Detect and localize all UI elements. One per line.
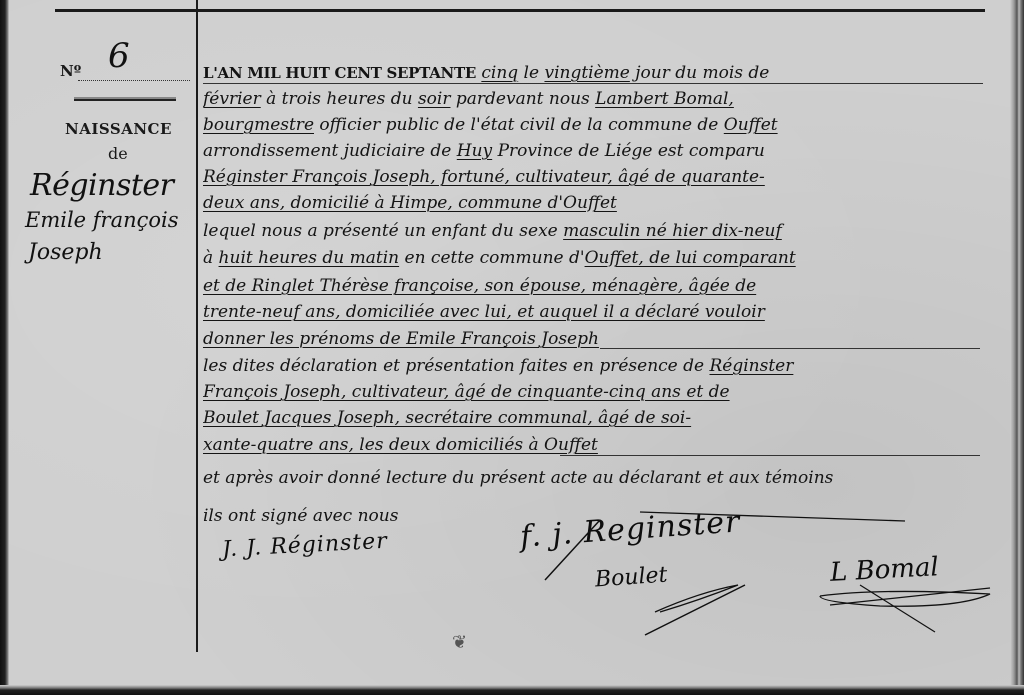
year-fill: cinq — [481, 63, 518, 83]
body-line-4: arrondissement judiciaire de Huy Provinc… — [203, 141, 983, 163]
birth-place-fill: Ouffet, de lui comparant — [585, 248, 796, 268]
register-page: Nº 6 NAISSANCE de Réginster Emile franço… — [0, 0, 1024, 695]
sex-birth-date-fill: masculin né hier dix-neuf — [563, 221, 782, 241]
body-line-8: à huit heures du matin en cette commune … — [203, 248, 983, 270]
margin-given-name-joseph: Joseph — [28, 240, 103, 265]
margin-surname: Réginster — [30, 168, 174, 203]
birth-time-fill: huit heures du matin — [219, 248, 400, 268]
mother-fill: et de Ringlet Thérèse françoise, son épo… — [203, 276, 756, 296]
line-text: Province de Liége est comparu — [492, 141, 765, 161]
official-name-fill: Lambert Bomal, — [595, 89, 734, 109]
line-text: le — [518, 63, 544, 83]
mother-age-fill: trente-neuf ans, domiciliée avec lui, et… — [203, 302, 765, 322]
body-line-5: Réginster François Joseph, fortuné, cult… — [203, 167, 983, 189]
line-text: à trois heures du — [261, 89, 418, 109]
line-text: et après avoir donné lecture du présent … — [203, 468, 833, 488]
line-rule — [203, 83, 983, 84]
body-line-7: lequel nous a présenté un enfant du sexe… — [203, 221, 983, 243]
page-bottom-edge — [0, 685, 1024, 695]
body-line-13: François Joseph, cultivateur, âgé de cin… — [203, 382, 983, 404]
body-line-6: deux ans, domicilié à Himpe, commune d'O… — [203, 193, 983, 215]
line-text: officier public de l'état civil de la co… — [314, 115, 724, 135]
body-line-16: et après avoir donné lecture du présent … — [203, 468, 983, 490]
margin-rule — [74, 99, 176, 101]
commune-fill: Ouffet — [724, 115, 778, 135]
margin-given-names: Emile françois — [25, 208, 179, 232]
body-line-3: bourgmestre officier public de l'état ci… — [203, 115, 983, 137]
day-fill: vingtième — [544, 63, 629, 83]
line-text: lequel nous a présenté un enfant du sexe — [203, 221, 563, 241]
margin-heading-de: de — [108, 144, 128, 163]
signature-1: J. J. Réginster — [221, 529, 388, 563]
printed-year-heading: L'AN MIL HUIT CENT SEPTANTE — [203, 64, 476, 82]
signature-3: Boulet — [594, 563, 668, 593]
line-text: ils ont signé avec nous — [203, 506, 398, 526]
time-of-day-fill: soir — [418, 89, 451, 109]
declarant-fill: Réginster François Joseph, fortuné, cult… — [203, 167, 765, 187]
line-text: en cette commune d' — [399, 248, 584, 268]
number-label: Nº — [60, 62, 81, 80]
column-divider — [196, 0, 198, 652]
line-text: les dites déclaration et présentation fa… — [203, 356, 709, 376]
ink-mark: ❦ — [452, 632, 467, 653]
declarant-residence-fill: deux ans, domicilié à Himpe, commune d'O… — [203, 193, 617, 213]
body-line-1: L'AN MIL HUIT CENT SEPTANTE cinq le ving… — [203, 63, 983, 85]
body-line-2: février à trois heures du soir pardevant… — [203, 89, 983, 111]
line-text: jour du mois de — [630, 63, 770, 83]
line-rule — [560, 455, 980, 456]
body-line-14: Boulet Jacques Joseph, secrétaire commun… — [203, 408, 983, 430]
child-names-fill: donner les prénoms de Emile François Jos… — [203, 329, 599, 349]
line-text: pardevant nous — [450, 89, 595, 109]
body-line-10: trente-neuf ans, domiciliée avec lui, et… — [203, 302, 983, 324]
line-text: arrondissement judiciaire de — [203, 141, 457, 161]
page-binding-edge — [0, 0, 9, 695]
body-line-9: et de Ringlet Thérèse françoise, son épo… — [203, 276, 983, 298]
number-dotted-line — [78, 80, 190, 81]
line-text: à — [203, 248, 219, 268]
witness-2-fill: Boulet Jacques Joseph, secrétaire commun… — [203, 408, 691, 428]
witness-1-fill: Réginster — [709, 356, 793, 376]
line-rule — [600, 348, 980, 349]
witness-2-age-fill: xante-quatre ans, les deux domiciliés à … — [203, 435, 598, 455]
body-line-15: xante-quatre ans, les deux domiciliés à … — [203, 435, 983, 457]
page-right-edge — [1010, 0, 1024, 695]
witness-1-details-fill: François Joseph, cultivateur, âgé de cin… — [203, 382, 730, 402]
body-line-12: les dites déclaration et présentation fa… — [203, 356, 983, 378]
top-rule — [55, 9, 985, 12]
margin-heading: NAISSANCE — [65, 120, 172, 138]
number-value: 6 — [108, 36, 130, 76]
month-fill: février — [203, 89, 261, 109]
arrondissement-fill: Huy — [457, 141, 492, 161]
signature-4: L Bomal — [829, 552, 939, 588]
official-title-fill: bourgmestre — [203, 115, 314, 135]
